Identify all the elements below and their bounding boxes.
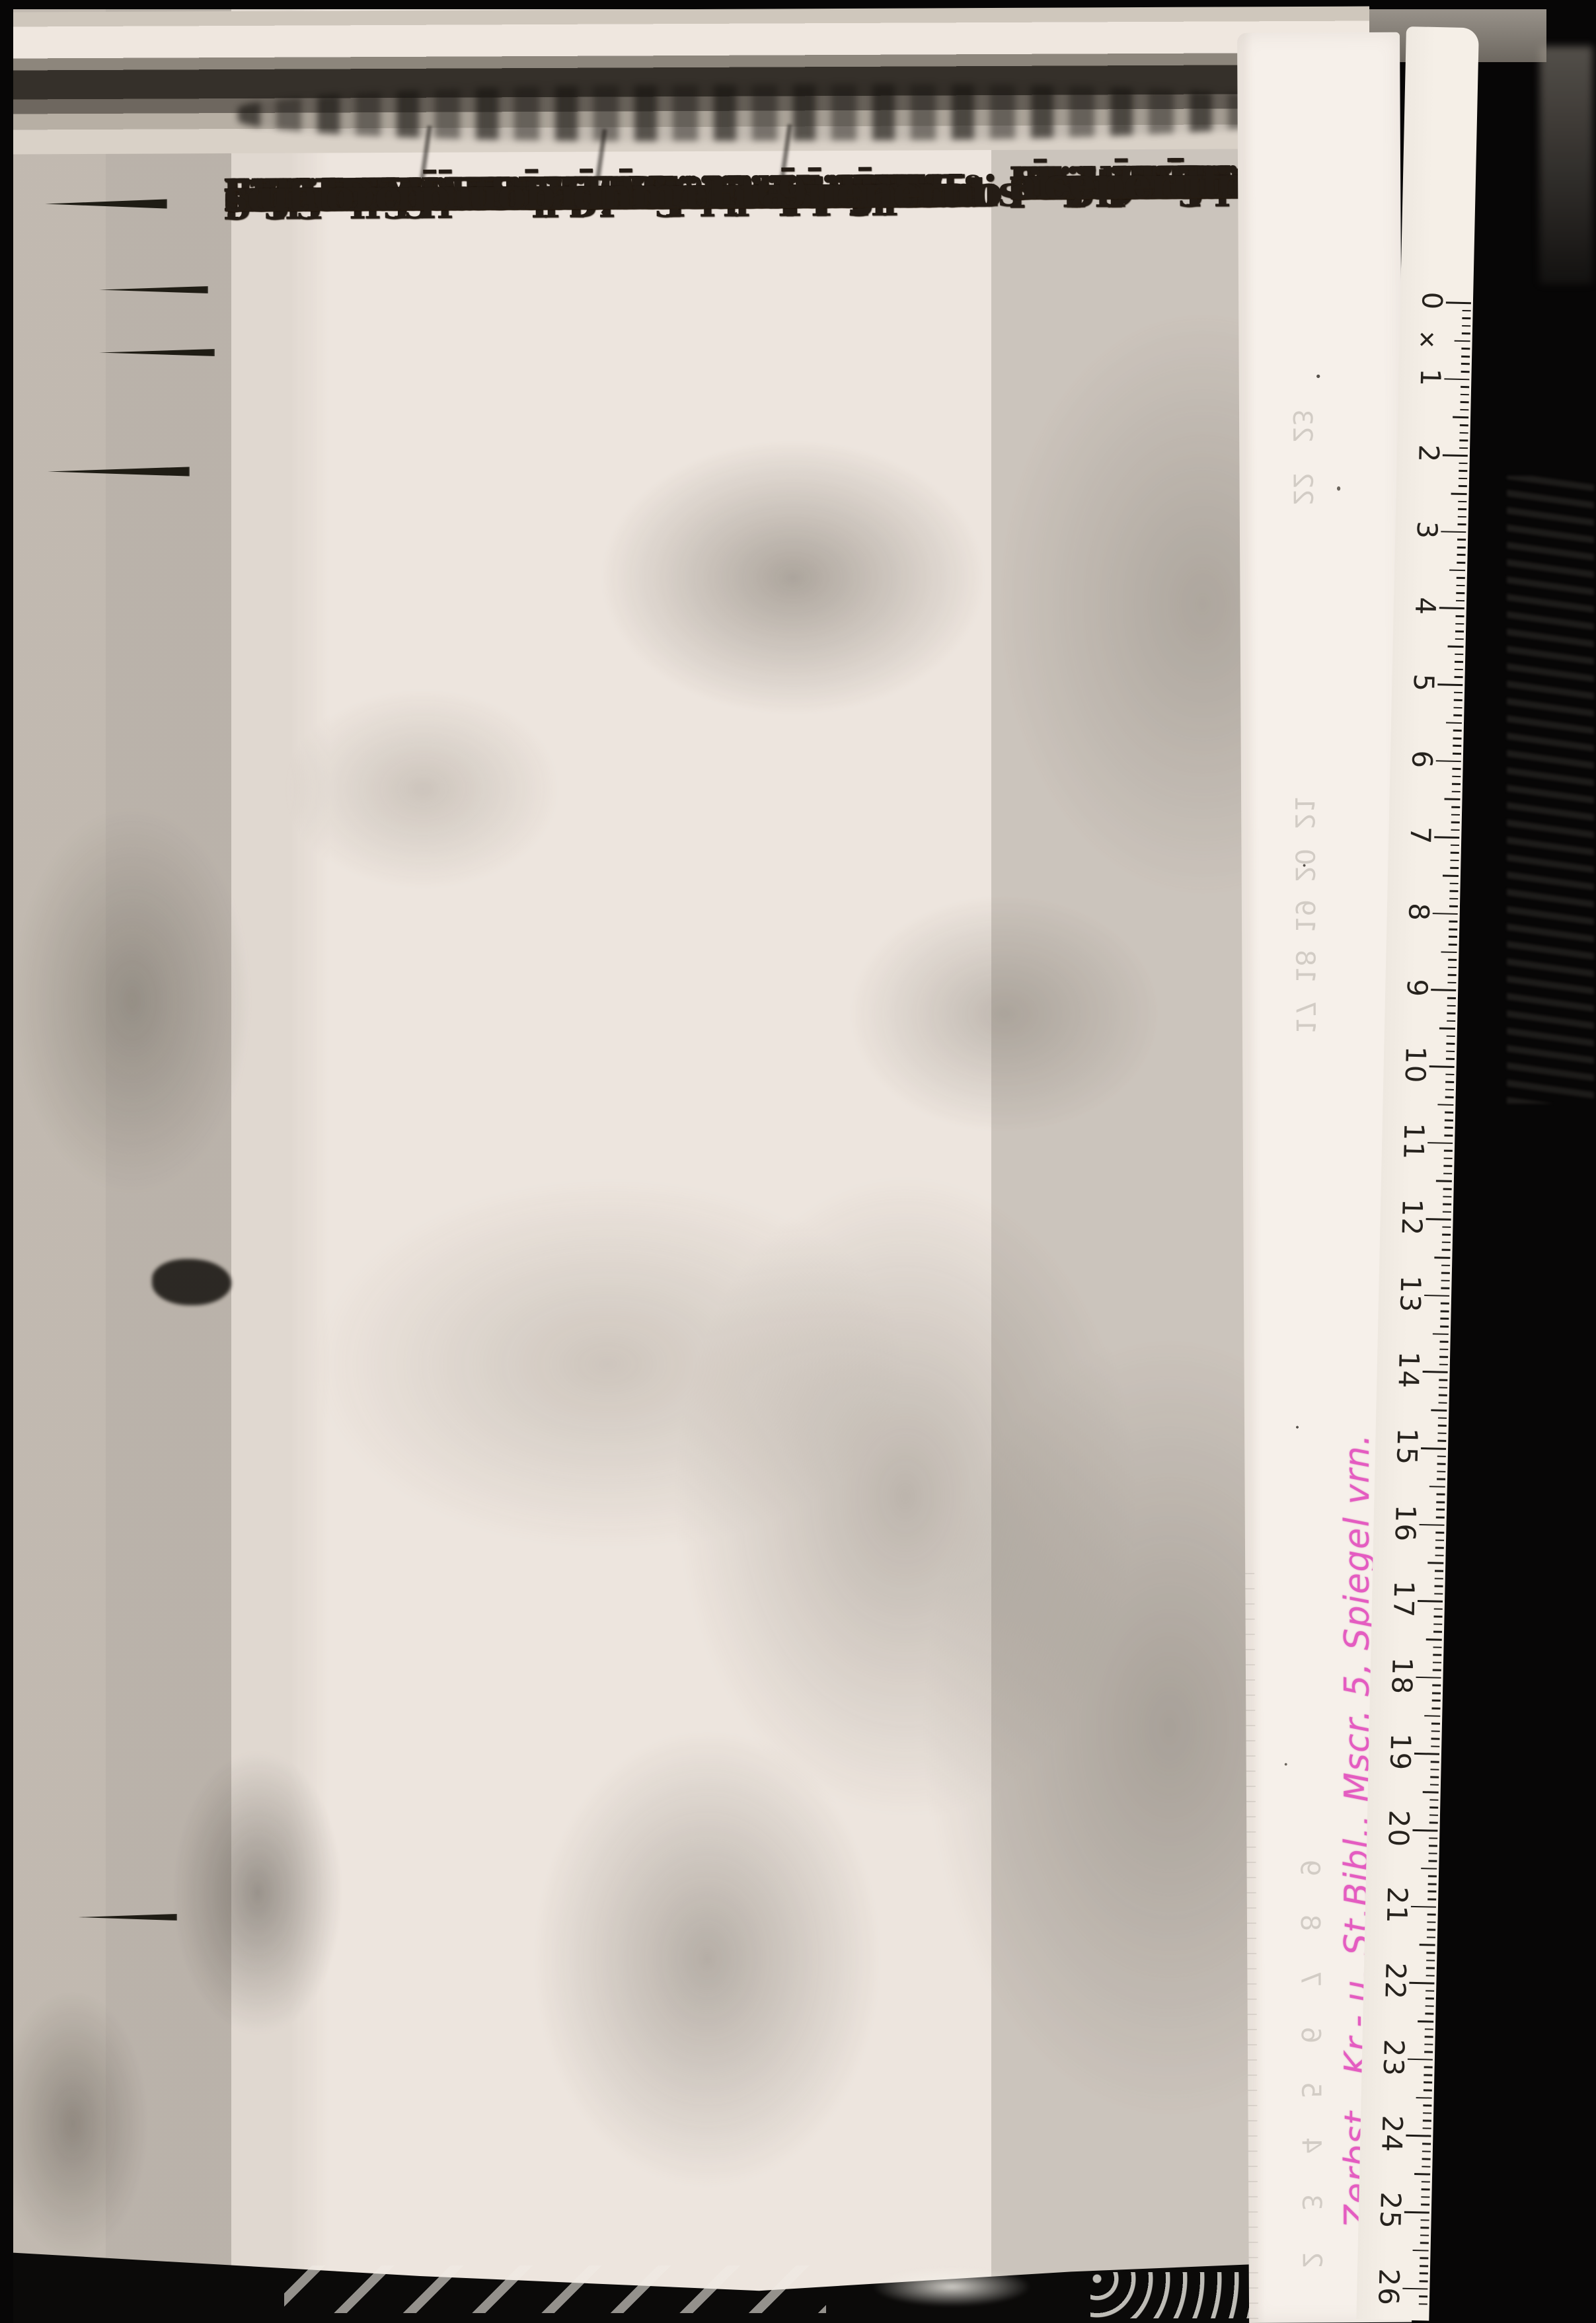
ruler-number: 0 <box>1416 280 1449 323</box>
ruler-number: 22 <box>1379 1960 1412 2003</box>
ghost-number: 2 <box>1296 2236 1326 2283</box>
ruler-number: 18 <box>1385 1655 1418 1698</box>
ruler-number: 20 <box>1382 1808 1415 1850</box>
ruler-number: 3 <box>1410 509 1443 552</box>
ghost-number: 6 <box>1295 2012 1326 2058</box>
ruler-number: 10 <box>1399 1044 1432 1086</box>
ghost-number: 20 <box>1289 842 1319 888</box>
ghost-number: 5 <box>1295 2067 1326 2113</box>
ink-blob <box>152 1259 231 1305</box>
ghost-number: 9 <box>1294 1845 1324 1891</box>
manuscript-line: ut orē p̄ uob̄ dn̄m. Et 9uenerūt <box>223 157 990 232</box>
ghost-number: 21 <box>1289 789 1319 835</box>
ruler-number: 11 <box>1397 1120 1430 1163</box>
ruler-number: 17 <box>1387 1578 1420 1621</box>
ghost-number: 3 <box>1296 2179 1326 2225</box>
ruler-number: 14 <box>1392 1349 1425 1392</box>
ruler-zero-mark: ✕ <box>1412 318 1439 361</box>
ruler-number: 21 <box>1381 1884 1414 1926</box>
top-right-streak <box>1540 46 1593 284</box>
ghost-number: 8 <box>1295 1899 1325 1946</box>
ruler-number: 24 <box>1375 2113 1408 2156</box>
photograph-canvas: tro. & uasa aurea quę ex soluistisei p̄ … <box>0 0 1596 2323</box>
ruler-number: 1 <box>1414 356 1447 399</box>
ghost-number: 23 <box>1287 402 1317 449</box>
ruler-number: 13 <box>1394 1273 1427 1316</box>
ruler-number: 5 <box>1407 662 1440 705</box>
ruler-number: 6 <box>1406 738 1439 781</box>
ruler-number: 25 <box>1374 2190 1407 2232</box>
ghost-number: 7 <box>1295 1956 1325 2002</box>
ruler-number: 15 <box>1390 1426 1424 1468</box>
trimmed-header-smudge <box>238 83 1309 143</box>
ghost-number: 22 <box>1287 465 1317 512</box>
ruler-number: 26 <box>1372 2266 1405 2308</box>
ruler-number: 9 <box>1400 968 1433 1010</box>
ruler-number: 12 <box>1395 1196 1428 1239</box>
lace-texture <box>872 2267 1031 2306</box>
lace-texture <box>284 2266 826 2313</box>
ruler-number: 7 <box>1404 814 1437 857</box>
ruler-number: 2 <box>1412 433 1445 476</box>
ruler-number: 19 <box>1384 1731 1417 1774</box>
ruler-number: 8 <box>1402 891 1435 934</box>
ghost-number: 17 <box>1290 994 1320 1040</box>
ruler-number: 4 <box>1409 586 1442 628</box>
ghost-number: 18 <box>1289 943 1320 989</box>
ruler-number: 16 <box>1388 1502 1422 1545</box>
ruler-number: 23 <box>1377 2037 1410 2080</box>
fabric-sheen <box>1507 476 1594 1104</box>
ghost-number: 19 <box>1289 893 1320 939</box>
ghost-number: 4 <box>1296 2122 1326 2168</box>
